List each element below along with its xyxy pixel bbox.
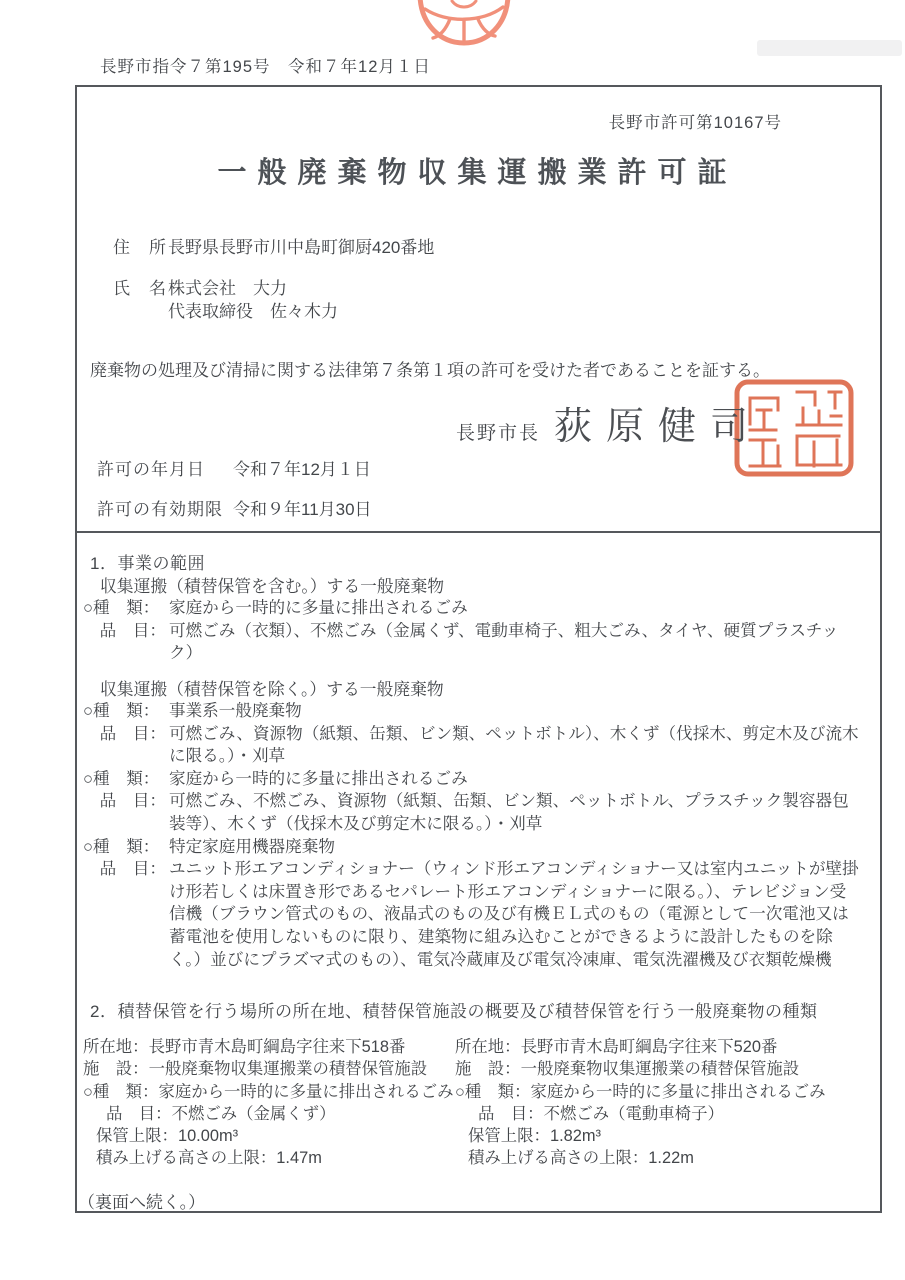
document-title: 一般廃棄物収集運搬業許可証 (75, 150, 880, 191)
round-stamp-icon (412, 0, 516, 48)
issued-date-row: 許可の年月日 令和７年12月１日 (97, 455, 371, 480)
facility-type-row: 施 設：一般廃棄物収集運搬業の積替保管施設 (455, 1058, 875, 1080)
kind-label: ○種 類： (83, 597, 169, 620)
kind-value: 特定家庭用機器廃棄物 (169, 836, 862, 859)
scope-entry: ○種 類： 事業系一般廃棄物 品 目： 可燃ごみ、資源物（紙類、缶類、ビン類、ペ… (83, 700, 862, 768)
kind-value: 事業系一般廃棄物 (169, 700, 862, 723)
kind-row: ○種 類： 特定家庭用機器廃棄物 (83, 836, 862, 859)
storage-limit-row: 保管上限：10.00m³ (83, 1125, 455, 1147)
kind-label: ○種 類： (455, 1083, 530, 1101)
section1-group2-subheading: 収集運搬（積替保管を除く。）する一般廃棄物 (100, 676, 444, 700)
kind-value: 家庭から一時的に多量に排出されるごみ (169, 597, 862, 620)
name-value: 株式会社 大力 (168, 274, 287, 299)
expiry-date-row: 許可の有効期限 令和９年11月30日 (97, 495, 372, 520)
items-label: 品 目： (83, 858, 169, 971)
location-label: 所在地： (83, 1038, 149, 1056)
storage-limit-row: 保管上限：1.82m³ (455, 1125, 875, 1147)
frame-divider (75, 531, 880, 533)
height-limit-row: 積み上げる高さの上限：1.22m (455, 1147, 875, 1169)
items-label: 品 目： (83, 790, 169, 835)
height-limit-row: 積み上げる高さの上限：1.47m (83, 1147, 455, 1169)
name-label: 氏 名 (113, 274, 167, 299)
kind-label: ○種 類： (83, 700, 169, 723)
scope-entry: ○種 類： 特定家庭用機器廃棄物 品 目： ユニット形エアコンディショナー（ウィ… (83, 836, 862, 972)
location-label: 所在地： (455, 1038, 521, 1056)
items-value: 不燃ごみ（金属くず） (172, 1105, 336, 1123)
facility-label: 施 設： (455, 1060, 521, 1078)
items-value: 可燃ごみ、資源物（紙類、缶類、ビン類、ペットボトル）、木くず（伐採木、剪定木及び… (169, 723, 862, 768)
items-value: 可燃ごみ、不燃ごみ、資源物（紙類、缶類、ビン類、ペットボトル、プラスチック製容器… (169, 790, 862, 835)
items-label: 品 目： (106, 1105, 172, 1123)
items-value: 不燃ごみ（電動車椅子） (544, 1105, 724, 1123)
facility-location-row: 所在地：長野市青木島町綱島字往来下518番 (83, 1036, 455, 1058)
reference-number-line: 長野市指令７第195号 令和７年12月１日 (100, 53, 431, 77)
height-value: 1.22m (648, 1149, 694, 1167)
storage-facilities: 所在地：長野市青木島町綱島字往来下518番 施 設：一般廃棄物収集運搬業の積替保… (83, 1036, 875, 1170)
kind-label: ○種 類： (83, 836, 169, 859)
kind-row: ○種 類：家庭から一時的に多量に排出されるごみ (83, 1081, 455, 1103)
kind-label: ○種 類： (83, 768, 169, 791)
expiry-date-label: 許可の有効期限 (97, 495, 233, 520)
height-label: 積み上げる高さの上限： (96, 1149, 276, 1167)
kind-value: 家庭から一時的に多量に排出されるごみ (530, 1083, 825, 1101)
kind-row: ○種 類： 家庭から一時的に多量に排出されるごみ (83, 597, 862, 620)
location-value: 長野市青木島町綱島字往来下518番 (149, 1038, 406, 1056)
height-label: 積み上げる高さの上限： (468, 1149, 648, 1167)
items-row: 品 目： 可燃ごみ、不燃ごみ、資源物（紙類、缶類、ビン類、ペットボトル、プラスチ… (83, 790, 862, 835)
issuer-title: 長野市長 (456, 418, 540, 445)
facility-type-row: 施 設：一般廃棄物収集運搬業の積替保管施設 (83, 1058, 455, 1080)
kind-row: ○種 類： 事業系一般廃棄物 (83, 700, 862, 723)
storage-label: 保管上限： (468, 1127, 550, 1145)
continues-on-back-note: （裏面へ続く。） (78, 1188, 205, 1213)
facility-block: 所在地：長野市青木島町綱島字往来下520番 施 設：一般廃棄物収集運搬業の積替保… (455, 1036, 875, 1170)
issued-date-value: 令和７年12月１日 (233, 455, 371, 480)
kind-label: ○種 類： (83, 1083, 158, 1101)
section1-heading: 1．事業の範囲 (90, 549, 205, 574)
representative-value: 代表取締役 佐々木力 (168, 297, 338, 322)
facility-value: 一般廃棄物収集運搬業の積替保管施設 (521, 1060, 800, 1078)
facility-label: 施 設： (83, 1060, 149, 1078)
kind-value: 家庭から一時的に多量に排出されるごみ (169, 768, 862, 791)
permit-number: 長野市許可第10167号 (75, 109, 782, 133)
items-value: ユニット形エアコンディショナー（ウィンド形エアコンディショナー又は室内ユニットが… (169, 858, 862, 971)
scope-entry: ○種 類： 家庭から一時的に多量に排出されるごみ 品 目： 可燃ごみ、不燃ごみ、… (83, 768, 862, 836)
section1-group2-entries: ○種 類： 事業系一般廃棄物 品 目： 可燃ごみ、資源物（紙類、缶類、ビン類、ペ… (83, 700, 862, 971)
address-label: 住 所 (113, 233, 167, 258)
issuer-line: 長野市長 荻原健司 (456, 395, 762, 450)
section1-group1-subheading: 収集運搬（積替保管を含む。）する一般廃棄物 (100, 573, 444, 597)
items-row: 品 目：不燃ごみ（金属くず） (83, 1103, 455, 1125)
items-row: 品 目：不燃ごみ（電動車椅子） (455, 1103, 875, 1125)
items-label: 品 目： (83, 620, 169, 665)
location-value: 長野市青木島町綱島字往来下520番 (521, 1038, 778, 1056)
issuer-name: 荻原健司 (554, 395, 762, 450)
facility-block: 所在地：長野市青木島町綱島字往来下518番 施 設：一般廃棄物収集運搬業の積替保… (83, 1036, 455, 1170)
section2-heading: 2．積替保管を行う場所の所在地、積替保管施設の概要及び積替保管を行う一般廃棄物の… (90, 997, 817, 1022)
facility-value: 一般廃棄物収集運搬業の積替保管施設 (149, 1060, 428, 1078)
kind-row: ○種 類：家庭から一時的に多量に排出されるごみ (455, 1081, 875, 1103)
scan-artifact (757, 40, 902, 56)
certification-statement: 廃棄物の処理及び清掃に関する法律第７条第１項の許可を受けた者であることを証する。 (90, 356, 770, 381)
scope-entry: ○種 類： 家庭から一時的に多量に排出されるごみ 品 目： 可燃ごみ（衣類）、不… (83, 597, 862, 665)
items-row: 品 目： ユニット形エアコンディショナー（ウィンド形エアコンディショナー又は室内… (83, 858, 862, 971)
storage-value: 1.82m³ (550, 1127, 601, 1145)
height-value: 1.47m (276, 1149, 322, 1167)
facility-location-row: 所在地：長野市青木島町綱島字往来下520番 (455, 1036, 875, 1058)
address-value: 長野県長野市川中島町御厨420番地 (168, 233, 434, 258)
items-value: 可燃ごみ（衣類）、不燃ごみ（金属くず、電動車椅子、粗大ごみ、タイヤ、硬質プラスチ… (169, 620, 862, 665)
items-row: 品 目： 可燃ごみ、資源物（紙類、缶類、ビン類、ペットボトル）、木くず（伐採木、… (83, 723, 862, 768)
section1-group1-entries: ○種 類： 家庭から一時的に多量に排出されるごみ 品 目： 可燃ごみ（衣類）、不… (83, 597, 862, 665)
storage-value: 10.00m³ (178, 1127, 238, 1145)
expiry-date-value: 令和９年11月30日 (233, 495, 372, 520)
kind-value: 家庭から一時的に多量に排出されるごみ (158, 1083, 453, 1101)
issued-date-label: 許可の年月日 (97, 455, 233, 480)
kind-row: ○種 類： 家庭から一時的に多量に排出されるごみ (83, 768, 862, 791)
storage-label: 保管上限： (96, 1127, 178, 1145)
items-label: 品 目： (478, 1105, 544, 1123)
items-label: 品 目： (83, 723, 169, 768)
items-row: 品 目： 可燃ごみ（衣類）、不燃ごみ（金属くず、電動車椅子、粗大ごみ、タイヤ、硬… (83, 620, 862, 665)
permit-document-page: 長野市指令７第195号 令和７年12月１日 長野市許可第10167号 一般廃棄物… (0, 0, 905, 1280)
